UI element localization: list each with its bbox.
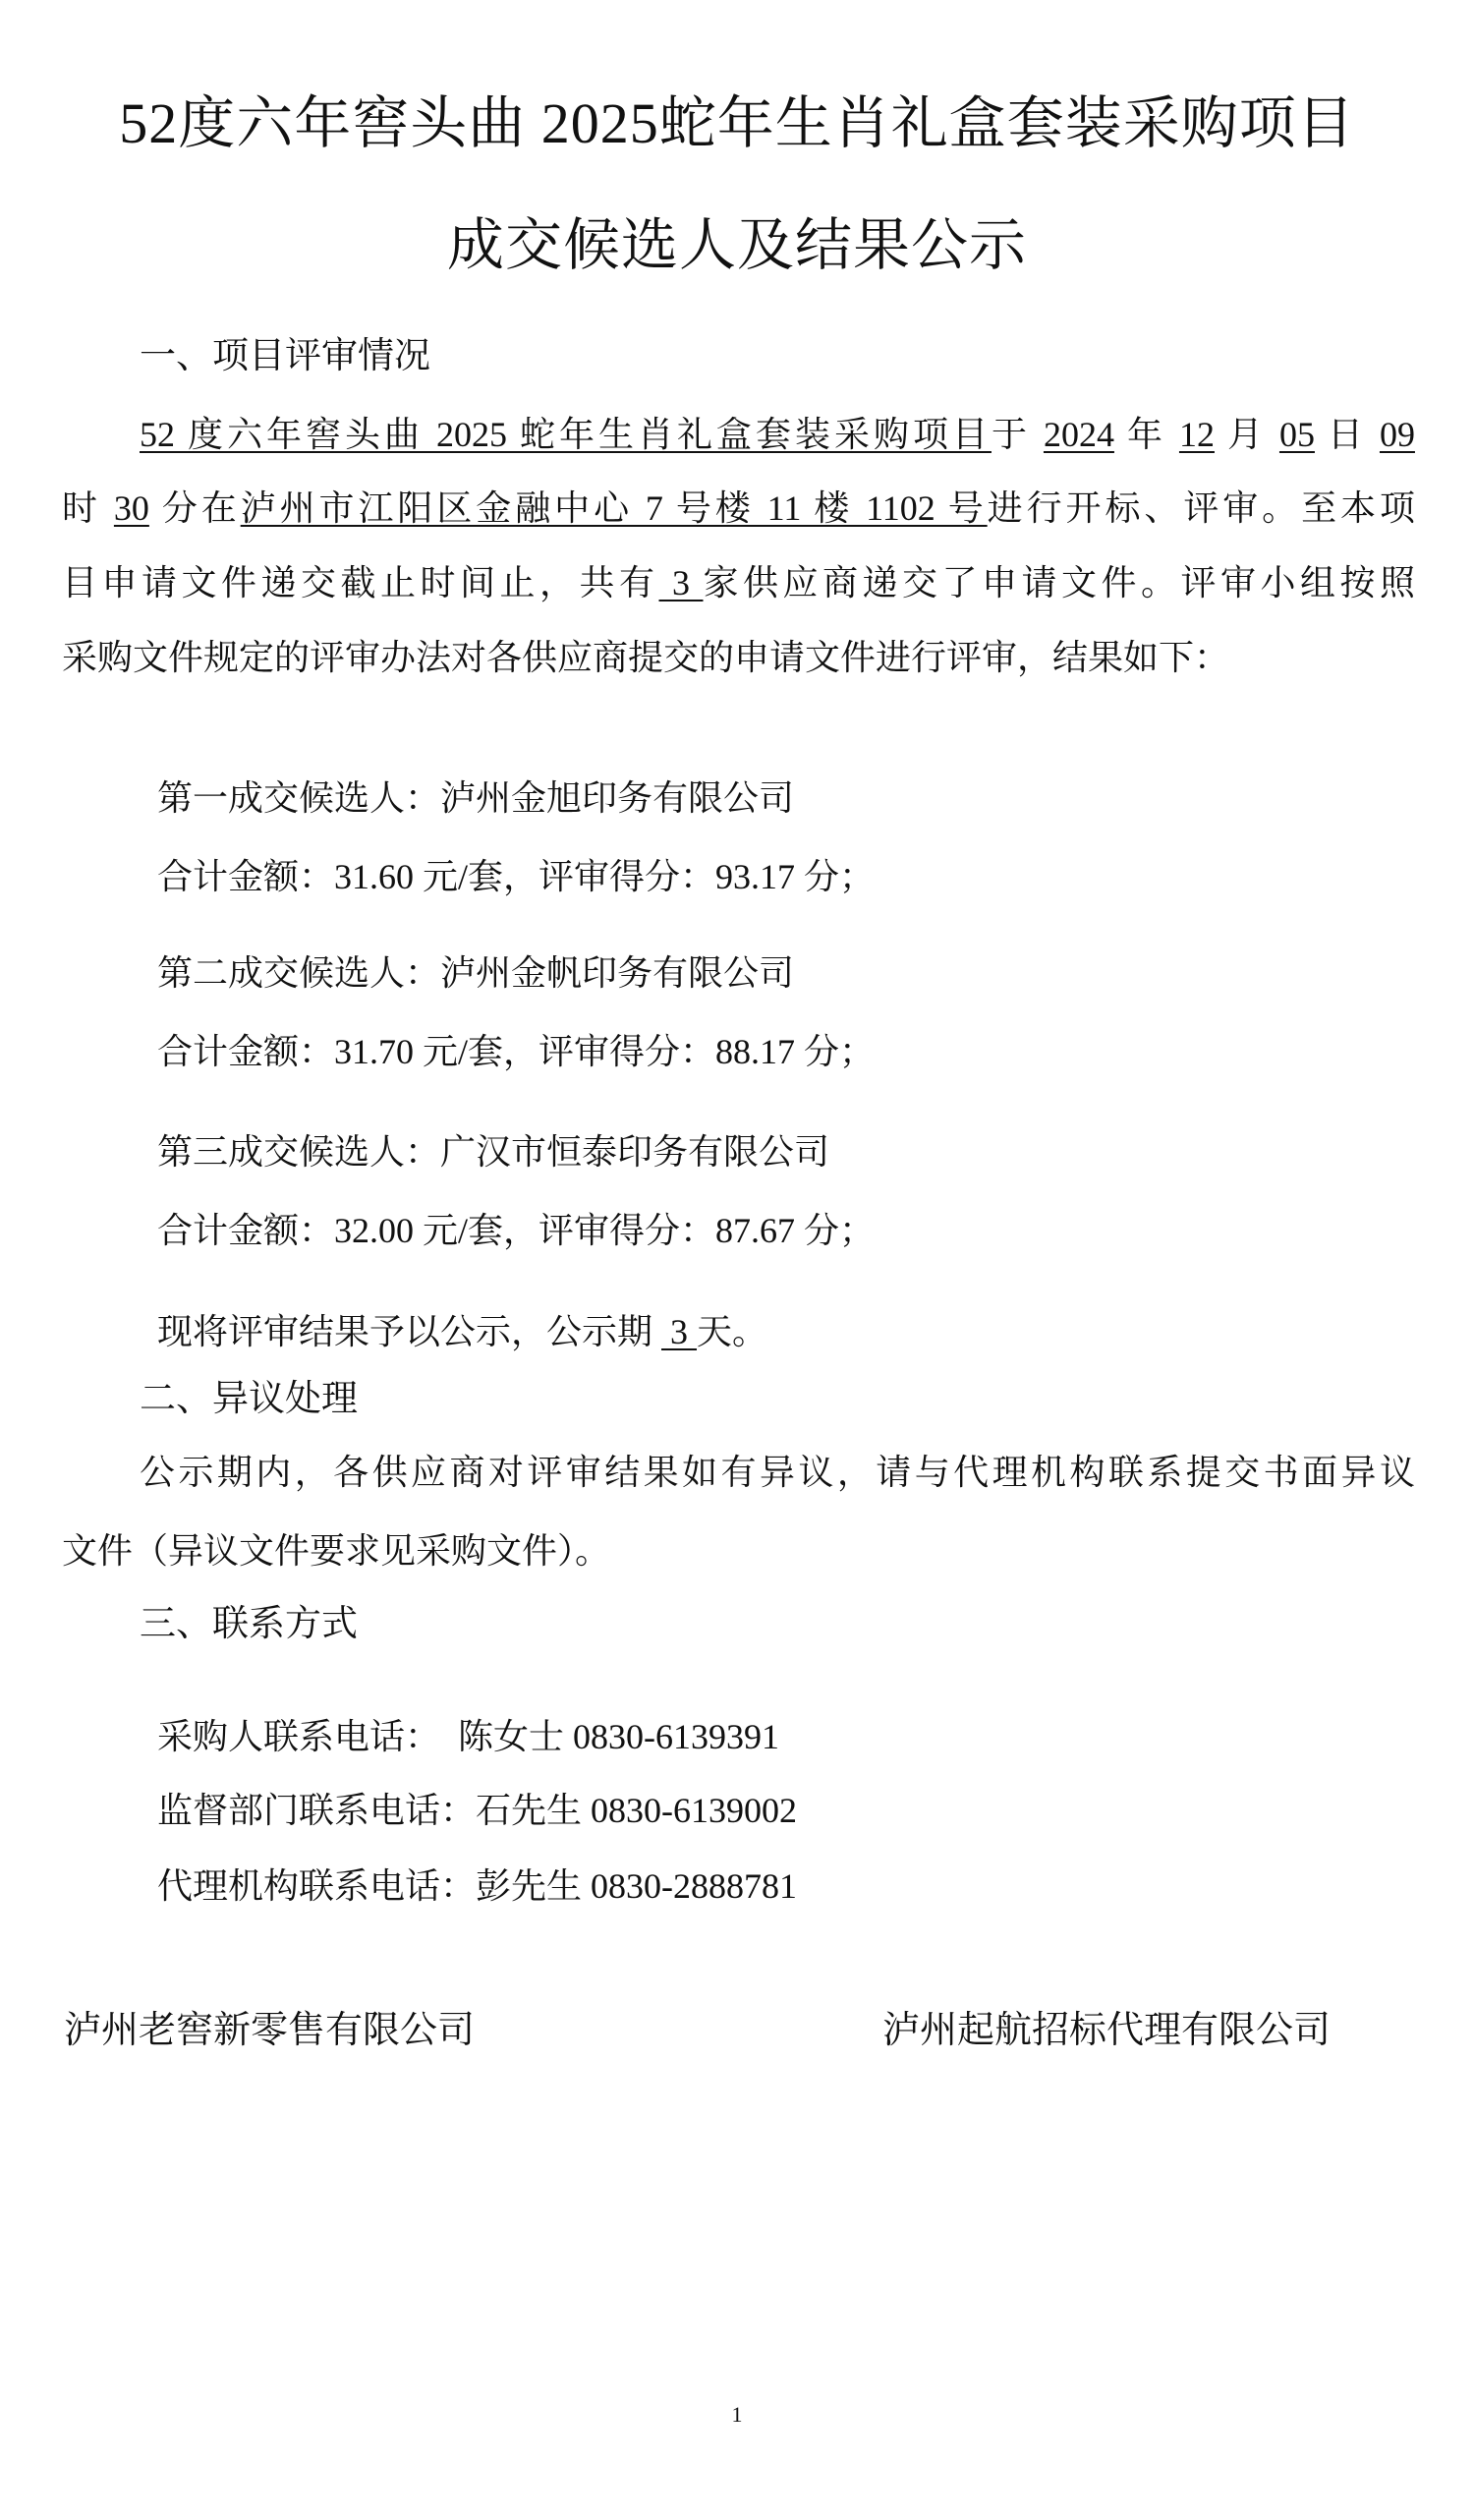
publicity-days: 3 [661, 1312, 697, 1351]
candidate-score: 88.17 [715, 1032, 795, 1071]
publicity-notice: 现将评审结果予以公示，公示期 3 天。 [140, 1279, 767, 1349]
section-1-heading: 一、项目评审情况 [140, 338, 430, 374]
supplier-count: 3 [659, 563, 704, 602]
section-2-heading: 二、异议处理 [140, 1381, 358, 1417]
signature-agency: 泸州起航招标代理有限公司 [882, 2011, 1331, 2048]
candidate-1-amount-line: 合计金额：31.60 元/套，评审得分：93.17 分； [140, 824, 875, 894]
contact-phone: 0830-6139002 [591, 1791, 797, 1830]
candidate-2-name-line: 第二成交候选人：泸州金帆印务有限公司 [140, 920, 794, 991]
section-2-paragraph-line-2: 文件（异议文件要求见采购文件）。 [62, 1533, 610, 1569]
contact-label: 代理机构联系电话： [157, 1866, 476, 1906]
contact-person: 石先生 [476, 1791, 582, 1830]
candidate-amount: 31.60 [334, 857, 414, 896]
contact-label: 采购人联系电话： [157, 1717, 440, 1756]
section-3-heading: 三、联系方式 [140, 1606, 358, 1642]
candidate-rank-label: 第三成交候选人： [157, 1132, 440, 1172]
section-1-paragraph-line-3: 目申请文件递交截止时间止，共有 3 家供应商递交了申请文件。评审小组按照 [62, 565, 1415, 601]
section-2-paragraph-line-1: 公示期内，各供应商对评审结果如有异议，请与代理机构联系提交书面异议 [140, 1455, 1415, 1490]
candidate-3-name-line: 第三成交候选人：广汉市恒泰印务有限公司 [140, 1099, 829, 1170]
candidate-company: 广汉市恒泰印务有限公司 [440, 1132, 829, 1172]
candidate-score: 93.17 [715, 857, 795, 896]
project-name: 52 度六年窖头曲 2025 蛇年生肖礼盒套装采购项目 [140, 415, 992, 454]
candidate-company: 泸州金旭印务有限公司 [440, 778, 794, 818]
document-title-line-1: 52度六年窖头曲 2025蛇年生肖礼盒套装采购项目 [0, 95, 1474, 152]
document-title-line-2: 成交候选人及结果公示 [0, 217, 1474, 274]
candidate-amount: 31.70 [334, 1032, 414, 1071]
opening-location: 泸州市江阳区金融中心 7 号楼 11 楼 1102 号 [241, 488, 988, 528]
opening-month: 12 [1179, 415, 1215, 454]
opening-day: 05 [1279, 415, 1315, 454]
opening-hour: 09 [1380, 415, 1415, 454]
candidate-amount: 32.00 [334, 1211, 414, 1250]
contact-purchaser: 采购人联系电话： 陈女士 0830-6139391 [140, 1684, 779, 1754]
contact-supervisor: 监督部门联系电话：石先生 0830-6139002 [140, 1757, 797, 1828]
contact-phone: 0830-2888781 [591, 1866, 797, 1906]
candidate-company: 泸州金帆印务有限公司 [440, 953, 794, 993]
candidate-score: 87.67 [715, 1211, 795, 1250]
candidate-3-amount-line: 合计金额：32.00 元/套，评审得分：87.67 分； [140, 1177, 875, 1248]
opening-year: 2024 [1044, 415, 1114, 454]
candidate-rank-label: 第一成交候选人： [157, 778, 440, 818]
contact-agency: 代理机构联系电话：彭先生 0830-2888781 [140, 1833, 797, 1904]
signature-purchaser: 泸州老窖新零售有限公司 [64, 2011, 475, 2048]
candidate-rank-label: 第二成交候选人： [157, 953, 440, 993]
candidate-2-amount-line: 合计金额：31.70 元/套，评审得分：88.17 分； [140, 999, 875, 1069]
contact-phone: 0830-6139391 [573, 1717, 779, 1756]
contact-label: 监督部门联系电话： [157, 1791, 476, 1830]
opening-minute: 30 [114, 488, 149, 528]
candidate-1-name-line: 第一成交候选人：泸州金旭印务有限公司 [140, 745, 794, 816]
page-number: 1 [0, 2404, 1474, 2426]
contact-person: 彭先生 [476, 1866, 582, 1906]
section-1-paragraph-line-2: 时 30 分在泸州市江阳区金融中心 7 号楼 11 楼 1102 号进行开标、评… [62, 490, 1415, 526]
contact-person: 陈女士 [458, 1717, 564, 1756]
section-1-paragraph-line-1: 52 度六年窖头曲 2025 蛇年生肖礼盒套装采购项目于 2024 年 12 月… [140, 417, 1415, 452]
section-1-paragraph-line-4: 采购文件规定的评审办法对各供应商提交的申请文件进行评审，结果如下： [62, 640, 1229, 675]
